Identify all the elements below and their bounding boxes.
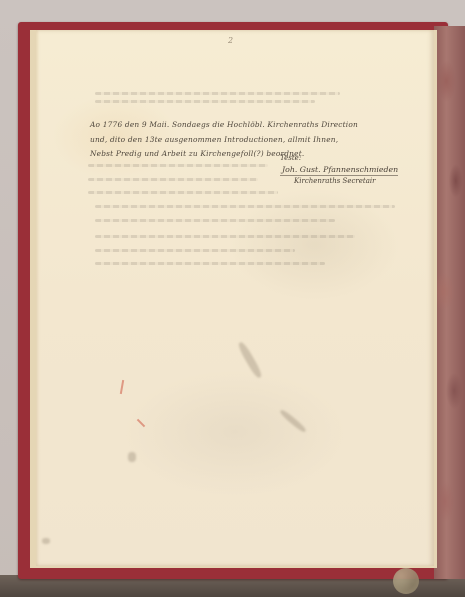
bookmark-tassel: [393, 568, 419, 594]
signatory-title: Kirchenraths Secretair: [280, 176, 398, 187]
marbled-endpaper: [434, 26, 465, 579]
manuscript-page: [36, 30, 434, 566]
entry-line: und, dito den 13te ausgenommen Introduct…: [90, 133, 430, 148]
signatory-name: Joh. Gust. Pfannenschmieden: [280, 164, 398, 176]
entry-line: Ao 1776 den 9 Maii. Sondaegs die Hochlöb…: [90, 118, 430, 133]
teste-label: Teste:: [280, 153, 398, 164]
folio-mark: 2: [228, 36, 233, 45]
ink-smudge: [42, 538, 50, 544]
signature-block: Teste: Joh. Gust. Pfannenschmieden Kirch…: [280, 153, 398, 187]
ink-smudge: [128, 452, 136, 462]
